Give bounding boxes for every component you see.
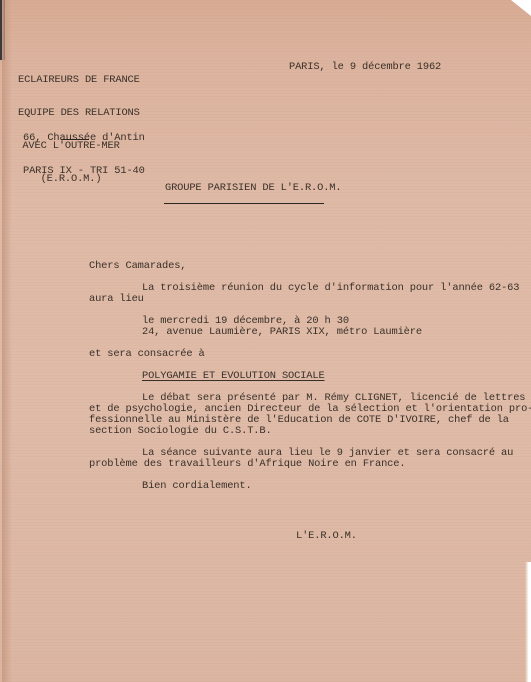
paragraph-1-line: aura lieu (89, 294, 144, 305)
letterhead-line: ECLAIREURS DE FRANCE (18, 75, 124, 86)
topic: POLYGAMIE ET EVOLUTION SOCIALE (142, 371, 325, 382)
scan-edge-right (525, 562, 531, 682)
paragraph-3-line: problème des travailleurs d'Afrique Noir… (89, 459, 405, 470)
paragraph-2-line: section Sociologie du C.S.T.B. (89, 426, 272, 437)
signature: L'E.R.O.M. (296, 531, 357, 542)
address-line: PARIS IX - TRI 51-40 (23, 166, 145, 177)
title-underline (164, 203, 324, 204)
meeting-location: 24, avenue Laumière, PARIS XIX, métro La… (142, 327, 422, 338)
folded-corner (511, 0, 531, 16)
closing: Bien cordialement. (142, 481, 252, 492)
paper-fold-shadow (2, 0, 12, 682)
dedicated-to: et sera consacrée à (89, 349, 205, 360)
letter-page: ECLAIREURS DE FRANCE EQUIPE DES RELATION… (0, 0, 531, 682)
document-title: GROUPE PARISIEN DE L'E.R.O.M. (165, 183, 341, 194)
letterhead-address: 66, Chaussée d'Antin PARIS IX - TRI 51-4… (23, 111, 145, 199)
paragraph-1-line: La troisième réunion du cycle d'informat… (142, 283, 519, 294)
salutation: Chers Camarades, (89, 261, 186, 272)
date-line: PARIS, le 9 décembre 1962 (289, 62, 441, 73)
letterhead-divider (61, 139, 89, 140)
